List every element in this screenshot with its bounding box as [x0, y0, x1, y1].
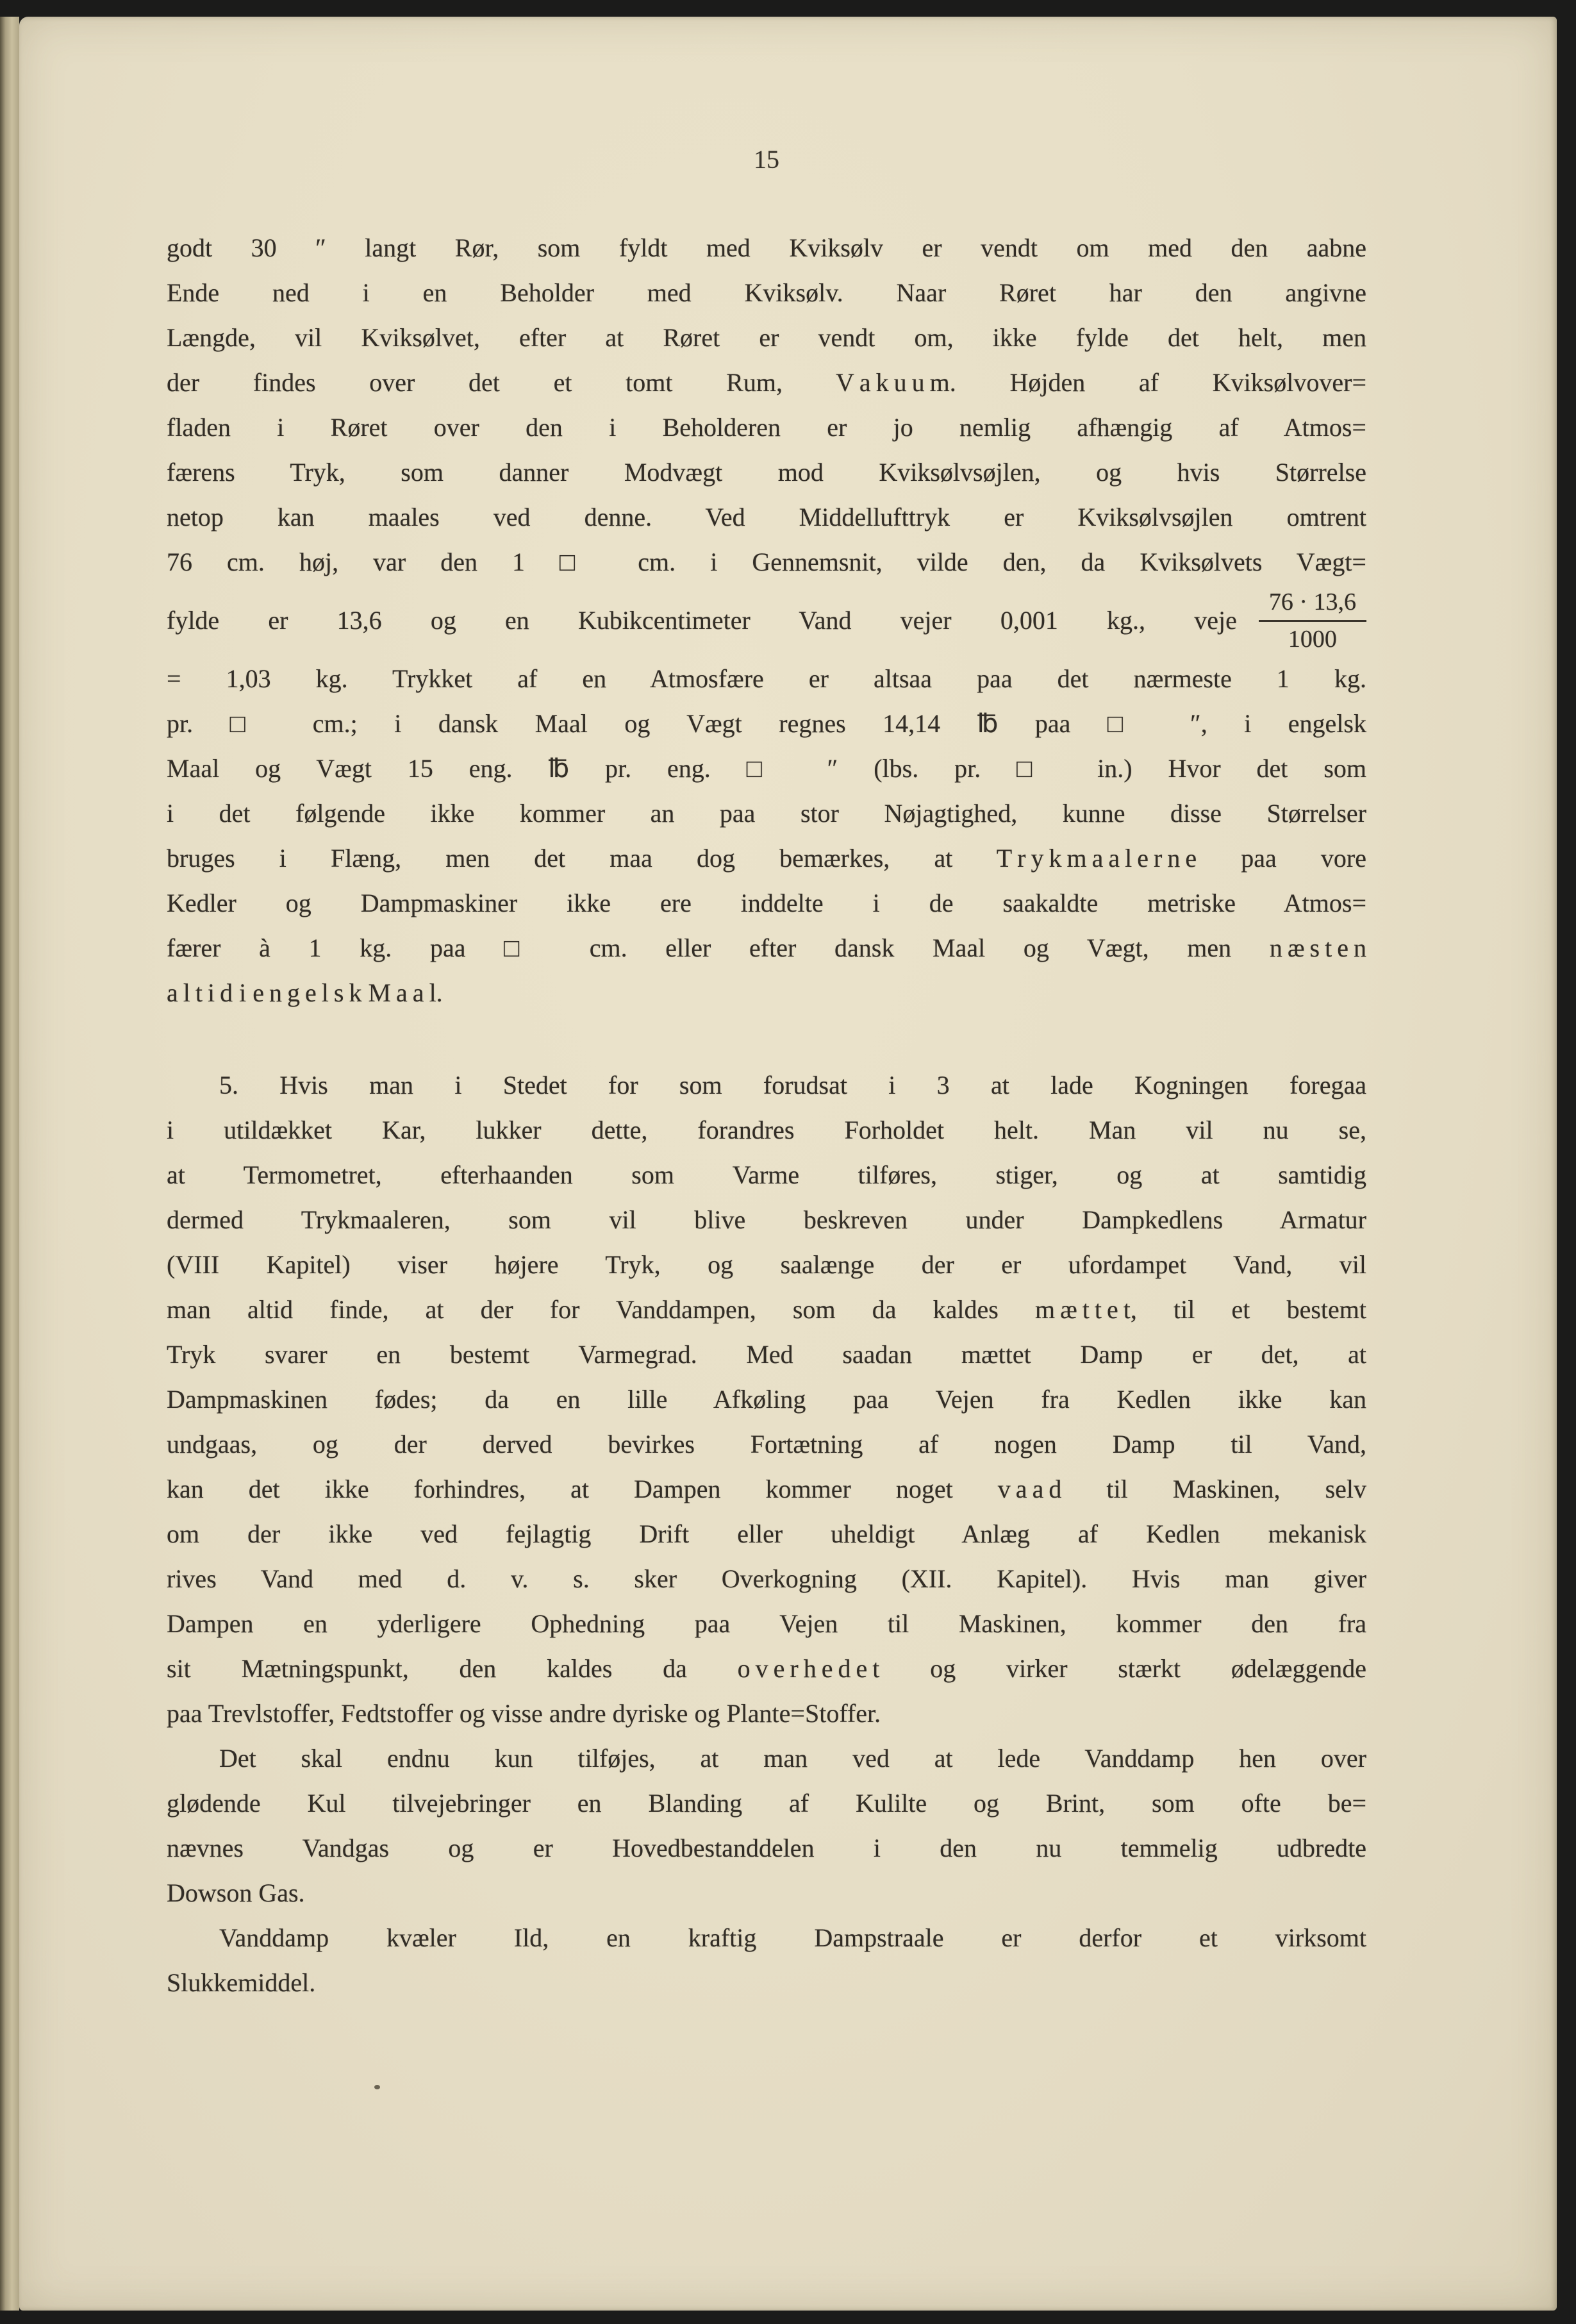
text-line: Vanddamp kvæler Ild, en kraftig Dampstra…	[167, 1916, 1366, 1960]
text-line: bruges i Flæng, men det maa dog bemærkes…	[167, 836, 1366, 881]
formula-line: fylde er 13,6 og en Kubikcentimeter Vand…	[167, 585, 1366, 656]
paragraph-5-saturated-steam: 5. Hvis man i Stedet for som forudsat i …	[167, 1063, 1366, 1736]
text-line: sit Mætningspunkt, den kaldes da o v e r…	[167, 1646, 1366, 1691]
text-line: Længde, vil Kviksølvet, efter at Røret e…	[167, 315, 1366, 360]
text-line: fladen i Røret over den i Beholderen er …	[167, 405, 1366, 450]
paragraph-water-gas: Det skal endnu kun tilføjes, at man ved …	[167, 1736, 1366, 1916]
text-line: 76 cm. høj, var den 1 □ cm. i Gennemsnit…	[167, 540, 1366, 585]
fraction-numerator: 76 · 13,6	[1259, 588, 1366, 622]
text-line: nævnes Vandgas og er Hovedbestanddelen i…	[167, 1826, 1366, 1871]
formula-text: fylde er 13,6 og en Kubikcentimeter Vand…	[167, 598, 1237, 643]
text-line: Kedler og Dampmaskiner ikke ere inddelte…	[167, 881, 1366, 926]
ink-speck	[374, 2085, 380, 2089]
fraction: 76 · 13,6 1000	[1259, 588, 1366, 654]
text-line: at Termometret, efterhaanden som Varme t…	[167, 1153, 1366, 1198]
text-line: = 1,03 kg. Trykket af en Atmosfære er al…	[167, 656, 1366, 701]
text-line: Det skal endnu kun tilføjes, at man ved …	[167, 1736, 1366, 1781]
text-line: færer à 1 kg. paa □ cm. eller efter dans…	[167, 926, 1366, 971]
text-line: Dampen en yderligere Ophedning paa Vejen…	[167, 1601, 1366, 1646]
text-line: Tryk svarer en bestemt Varmegrad. Med sa…	[167, 1332, 1366, 1377]
text-line: kan det ikke forhindres, at Dampen komme…	[167, 1467, 1366, 1512]
text-line: pr. □ cm.; i dansk Maal og Vægt regnes 1…	[167, 701, 1366, 746]
text-line: a l t i d i e n g e l s k M a a l.	[167, 971, 1366, 1016]
text-line: dermed Trykmaaleren, som vil blive beskr…	[167, 1198, 1366, 1242]
text-line: i utildækket Kar, lukker dette, forandre…	[167, 1108, 1366, 1153]
text-line: 5. Hvis man i Stedet for som forudsat i …	[167, 1063, 1366, 1108]
text-line: glødende Kul tilvejebringer en Blanding …	[167, 1781, 1366, 1826]
text-line: Maal og Vægt 15 eng. ℔ pr. eng. □ ″ (lbs…	[167, 746, 1366, 791]
text-line: Dampmaskinen fødes; da en lille Afkøling…	[167, 1377, 1366, 1422]
text-line: Slukkemiddel.	[167, 1960, 1366, 2005]
text-line: der findes over det et tomt Rum, V a k u…	[167, 360, 1366, 405]
text-line: (VIII Kapitel) viser højere Tryk, og saa…	[167, 1242, 1366, 1287]
text-line: paa Trevlstoffer, Fedtstoffer og visse a…	[167, 1691, 1366, 1736]
fraction-denominator: 1000	[1259, 622, 1366, 654]
text-line: undgaas, og der derved bevirkes Fortætni…	[167, 1422, 1366, 1467]
scanned-book-photo: { "page": { "number": "15" }, "colors": …	[0, 0, 1576, 2324]
text-block: godt 30 ″ langt Rør, som fyldt med Kviks…	[167, 226, 1366, 2005]
text-line: godt 30 ″ langt Rør, som fyldt med Kviks…	[167, 226, 1366, 271]
text-line: Dowson Gas.	[167, 1871, 1366, 1916]
paragraph-steam-extinguisher: Vanddamp kvæler Ild, en kraftig Dampstra…	[167, 1916, 1366, 2005]
text-line: Ende ned i en Beholder med Kviksølv. Naa…	[167, 271, 1366, 315]
text-line: i det følgende ikke kommer an paa stor N…	[167, 791, 1366, 836]
text-line: om der ikke ved fejlagtig Drift eller uh…	[167, 1512, 1366, 1557]
text-line: rives Vand med d. v. s. sker Overkogning…	[167, 1557, 1366, 1601]
adjacent-page-edge	[0, 17, 19, 2311]
text-line: færens Tryk, som danner Modvægt mod Kvik…	[167, 450, 1366, 495]
paragraph-pressure-continuation: godt 30 ″ langt Rør, som fyldt med Kviks…	[167, 226, 1366, 1016]
text-line: netop kan maales ved denne. Ved Middellu…	[167, 495, 1366, 540]
page-number: 15	[167, 144, 1366, 176]
text-line: man altid finde, at der for Vanddampen, …	[167, 1287, 1366, 1332]
